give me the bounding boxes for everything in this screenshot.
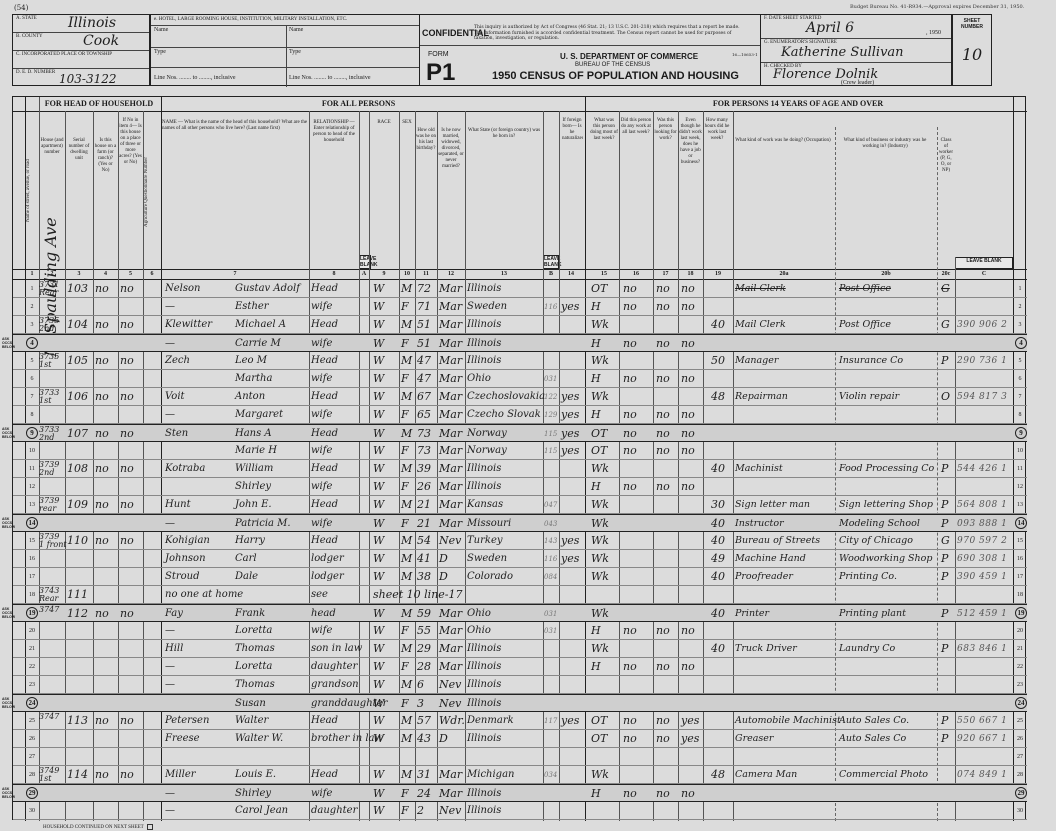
birthplace: Denmark (467, 712, 514, 730)
apartment: 1st (39, 397, 51, 405)
code-c: 093 888 1 (957, 515, 1007, 533)
table-row: 25253747113nonoPetersenWalterHeadWM57Wdr… (13, 712, 1027, 730)
col-num-6: 6 (143, 271, 161, 277)
age: 28 (417, 658, 431, 676)
birthplace: Illinois (467, 280, 501, 298)
line-number: 25 (25, 712, 39, 730)
relationship: Head (311, 280, 338, 298)
birthplace: Czecho Slovak (467, 406, 541, 424)
first-name: Carl (235, 550, 257, 568)
occupation: Camera Man (735, 766, 797, 784)
col-num-3: 3 (65, 271, 93, 277)
acres-answer: no (120, 460, 134, 478)
industry: Insurance Co (839, 352, 903, 370)
race: W (373, 568, 384, 586)
section-head-of-household: FOR HEAD OF HOUSEHOLD (37, 99, 161, 108)
industry: City of Chicago (839, 532, 913, 550)
code-b: 117 (544, 712, 557, 730)
age: 39 (417, 460, 431, 478)
apartment: 1 front (39, 541, 67, 549)
col-9-header: RACE (369, 119, 399, 267)
has-job: no (681, 406, 695, 424)
marital-status: Mar (439, 515, 462, 533)
county-label: b. COUNTY (16, 34, 43, 39)
marital-status: Wdr. (439, 712, 465, 730)
col-20c-header: Class of worker (P, G, O, or NP) (937, 137, 955, 267)
race: W (373, 280, 384, 298)
worked: no (623, 406, 637, 424)
relationship: wife (311, 622, 332, 640)
table-row: 13133739rear109nonoHuntJohn E.HeadWM21Ma… (13, 496, 1027, 514)
race: W (373, 712, 384, 730)
census-sheet: (54) Budget Bureau No. 41-R934.—Approval… (0, 0, 1056, 831)
activity: OT (591, 712, 607, 730)
date-row: f. DATE SHEET STARTED April 6 , 1950 (761, 15, 951, 39)
crew-leader-label: (Crew leader) (841, 80, 874, 87)
age: 21 (417, 515, 431, 533)
relationship: Head (311, 352, 338, 370)
industry: Laundry Co (839, 640, 895, 658)
industry: Post Office (839, 280, 891, 298)
naturalized: yes (561, 388, 579, 406)
birthplace: Norway (467, 442, 507, 460)
has-job: no (681, 478, 695, 496)
last-name: Freese (165, 730, 200, 748)
occupation: Manager (735, 352, 778, 370)
first-name: Anton (235, 388, 265, 406)
serial-number: 110 (67, 532, 88, 550)
line-number: 28 (25, 766, 39, 784)
location-block: a. STATE Illinois b. COUNTY Cook c. INCO… (12, 14, 150, 86)
race: W (373, 388, 384, 406)
birthplace: Illinois (467, 316, 501, 334)
line-number-right: 16 (1013, 550, 1027, 568)
col-num-16: 16 (619, 271, 653, 277)
serial-number: 109 (67, 496, 88, 514)
age: 71 (417, 298, 431, 316)
farm-answer: no (95, 496, 109, 514)
age: 29 (417, 640, 431, 658)
age: 55 (417, 622, 431, 640)
activity: H (591, 785, 601, 803)
budget-note: Budget Bureau No. 41-R934.—Approval expi… (850, 4, 1024, 10)
marital-status: D (439, 550, 448, 568)
line-number: 27 (25, 748, 39, 766)
col-num-15: 15 (589, 271, 619, 277)
code-c: 690 308 1 (957, 550, 1007, 568)
sex: M (401, 676, 412, 694)
section-all-persons: FOR ALL PERSONS (161, 99, 556, 108)
activity: Wk (591, 550, 609, 568)
line-number-right: 22 (1013, 658, 1027, 676)
activity: OT (591, 280, 607, 298)
serial-number: 107 (67, 425, 88, 443)
department: U. S. DEPARTMENT OF COMMERCE (560, 52, 698, 61)
serial-number: 103 (67, 280, 88, 298)
relationship: Head (311, 388, 338, 406)
line-number-right: 23 (1013, 676, 1027, 694)
occupation: Machine Hand (735, 550, 806, 568)
institution-title: e. HOTEL, LARGE ROOMING HOUSE, INSTITUTI… (154, 17, 347, 22)
birthplace: Kansas (467, 496, 503, 514)
line-number-right: 27 (1013, 748, 1027, 766)
marital-status: Nev (439, 695, 461, 713)
code-b: 115 (544, 425, 557, 443)
relationship: Head (311, 712, 338, 730)
class-of-worker: P (941, 568, 948, 586)
last-name: Voit (165, 388, 185, 406)
col-16-header: Did this person do any work at all last … (619, 117, 653, 267)
census-title: 1950 CENSUS OF POPULATION AND HOUSING (492, 70, 739, 82)
date-value: April 6 (806, 20, 854, 36)
sheet-number: 10 (953, 45, 991, 64)
activity: H (591, 622, 601, 640)
birthplace: Illinois (467, 658, 501, 676)
line-number-right: 8 (1013, 406, 1027, 424)
acres-answer: no (120, 316, 134, 334)
sex: M (401, 316, 412, 334)
birthplace: Illinois (467, 352, 501, 370)
naturalized: yes (561, 712, 579, 730)
relationship: wife (311, 478, 332, 496)
code-b: 047 (544, 496, 557, 514)
first-name: Leo M (235, 352, 267, 370)
relationship: grandson (311, 676, 359, 694)
age: 54 (417, 532, 431, 550)
line-nos-2: Line Nos. ........ to ........, inclusiv… (289, 75, 371, 82)
looking-for-work: no (656, 730, 670, 748)
class-of-worker: P (941, 515, 948, 533)
form-code: 16—10653-1 (732, 52, 758, 57)
hours: 48 (711, 388, 725, 406)
activity: Wk (591, 766, 609, 784)
table-row: 113731Rear103nonoNelsonGustav AdolfHeadW… (13, 280, 1027, 298)
race: sheet 10 line-17 (373, 586, 463, 604)
class-of-worker: P (941, 352, 948, 370)
sheet-number-block: SHEET NUMBER 10 (952, 14, 992, 86)
table-row: 2121HillThomasson in lawWM29MarIllinoisW… (13, 640, 1027, 658)
sample-line-number: 14 (26, 517, 38, 529)
date-year: , 1950 (926, 30, 941, 37)
table-row: 24ASK OCCS. BELOW24SusangranddaughterWF3… (13, 694, 1027, 712)
hours: 40 (711, 460, 725, 478)
col-num-7: 7 (161, 271, 309, 277)
apartment: Rear (39, 595, 58, 603)
county-value: Cook (83, 33, 119, 49)
first-name: Loretta (235, 658, 272, 676)
table-row: 1717StroudDalelodgerWM38DColorado084Wk40… (13, 568, 1027, 586)
worked: no (623, 370, 637, 388)
table-row: 66MarthawifeWF47MarOhio031Hnonono (13, 370, 1027, 388)
first-name: Michael A (235, 316, 286, 334)
race: W (373, 316, 384, 334)
looking-for-work: no (656, 298, 670, 316)
sample-line-number-right: 24 (1015, 697, 1027, 709)
last-name: Stroud (165, 568, 200, 586)
code-c: 970 597 2 (957, 532, 1007, 550)
occupation: Mail Clerk (735, 280, 786, 298)
line-number: 22 (25, 658, 39, 676)
activity: Wk (591, 568, 609, 586)
class-of-worker: G (941, 280, 950, 298)
race: W (373, 352, 384, 370)
birthplace: Ohio (467, 370, 491, 388)
acres-answer: no (120, 766, 134, 784)
table-row: 18183743Rear111no one at homeseesheet 10… (13, 586, 1027, 604)
worked: no (623, 622, 637, 640)
activity: Wk (591, 496, 609, 514)
race: W (373, 802, 384, 820)
table-row: 3337352nd104nonoKlewitterMichael AHeadWM… (13, 316, 1027, 334)
sex: M (401, 640, 412, 658)
birthplace: Illinois (467, 478, 501, 496)
code-c: 544 426 1 (957, 460, 1007, 478)
birthplace: Illinois (467, 802, 501, 820)
naturalized: yes (561, 532, 579, 550)
farm-answer: no (95, 605, 109, 623)
line-number: 11 (25, 460, 39, 478)
code-b: 031 (544, 605, 557, 623)
race: W (373, 766, 384, 784)
race: W (373, 335, 384, 353)
col-num-4: 4 (93, 271, 118, 277)
looking-for-work: no (656, 478, 670, 496)
activity: Wk (591, 460, 609, 478)
marital-status: Mar (439, 388, 462, 406)
sample-line-number-right: 9 (1015, 427, 1027, 439)
enumerator-block: f. DATE SHEET STARTED April 6 , 1950 g. … (760, 14, 952, 86)
sex: M (401, 712, 412, 730)
industry: Woodworking Shop (839, 550, 932, 568)
age: 51 (417, 335, 431, 353)
apartment: Rear (39, 289, 58, 297)
has-job: yes (681, 712, 699, 730)
sex: F (401, 658, 409, 676)
farm-answer: no (95, 280, 109, 298)
first-name: Patricia M. (235, 515, 291, 533)
last-name: — (165, 335, 175, 353)
marital-status: Mar (439, 335, 462, 353)
marital-status: Mar (439, 370, 462, 388)
page-code: (54) (14, 4, 28, 12)
birthplace: Illinois (467, 460, 501, 478)
form-number: P1 (426, 59, 455, 87)
section-14-and-over: FOR PERSONS 14 YEARS OF AGE AND OVER (593, 99, 1003, 108)
marital-status: Mar (439, 496, 462, 514)
birthplace: Ohio (467, 605, 491, 623)
acres-answer: no (120, 352, 134, 370)
first-name: Louis E. (235, 766, 276, 784)
code-b: 129 (544, 406, 557, 424)
occupation: Proofreader (735, 568, 793, 586)
sex: M (401, 496, 412, 514)
age: 38 (417, 568, 431, 586)
acres-answer: no (120, 712, 134, 730)
line-number: 3 (25, 316, 39, 334)
birthplace: Sweden (467, 550, 507, 568)
code-b: 116 (544, 550, 557, 568)
place-row: c. INCORPORATED PLACE OR TOWNSHIP (13, 51, 149, 69)
line-number: 26 (25, 730, 39, 748)
house-number: 3747 (39, 606, 59, 614)
table-row: 7737331st106nonoVoitAntonHeadWM67MarCzec… (13, 388, 1027, 406)
naturalized: yes (561, 442, 579, 460)
first-name: Carrie M (235, 335, 281, 353)
form-label: FORM (428, 51, 449, 58)
farm-answer: no (95, 388, 109, 406)
line-number-right: 28 (1013, 766, 1027, 784)
relationship: wife (311, 335, 332, 353)
age: 24 (417, 785, 431, 803)
line-number: 7 (25, 388, 39, 406)
naturalized: yes (561, 406, 579, 424)
household-continued: HOUSEHOLD CONTINUED ON NEXT SHEET (43, 824, 153, 830)
table-row: 1616JohnsonCarllodgerWM41DSweden116yesWk… (13, 550, 1027, 568)
hours: 40 (711, 515, 725, 533)
confidential-note: This inquiry is authorized by Act of Con… (474, 25, 744, 42)
col-20a-header: What kind of work was he doing? (Occupat… (733, 137, 833, 267)
col-19-header: How many hours did he work last week? (703, 117, 731, 267)
age: 43 (417, 730, 431, 748)
worked: no (623, 442, 637, 460)
occupation: Repairman (735, 388, 788, 406)
looking-for-work: no (656, 442, 670, 460)
worked: no (623, 478, 637, 496)
farm-answer: no (95, 766, 109, 784)
class-of-worker: P (941, 640, 948, 658)
race: W (373, 460, 384, 478)
race: W (373, 695, 384, 713)
col-num-13: 13 (465, 271, 543, 277)
activity: OT (591, 730, 607, 748)
activity: H (591, 406, 601, 424)
col-num-20b: 20b (835, 271, 937, 277)
table-row: 2020—LorettawifeWF55MarOhio031Hnonono (13, 622, 1027, 640)
household-continued-checkbox[interactable] (147, 824, 153, 830)
line-number-right: 25 (1013, 712, 1027, 730)
industry: Violin repair (839, 388, 899, 406)
code-b: 116 (544, 298, 557, 316)
race: W (373, 478, 384, 496)
first-name: Loretta (235, 622, 272, 640)
last-name: Miller (165, 766, 196, 784)
serial-number: 108 (67, 460, 88, 478)
race: W (373, 785, 384, 803)
line-number: 21 (25, 640, 39, 658)
col-15-header: What was this person doing most of last … (589, 117, 619, 267)
hours: 49 (711, 550, 725, 568)
looking-for-work: no (656, 622, 670, 640)
relationship: wife (311, 785, 332, 803)
house-number: 3747 (39, 713, 59, 721)
activity: Wk (591, 605, 609, 623)
farm-answer: no (95, 460, 109, 478)
col-num-20c: 20c (937, 271, 955, 277)
last-name: Nelson (165, 280, 200, 298)
last-name: Kotraba (165, 460, 205, 478)
col-14-header: If foreign born— Is he naturalized? (561, 117, 583, 267)
race: W (373, 496, 384, 514)
state-label: a. STATE (16, 16, 37, 21)
col-num-10: 10 (399, 271, 415, 277)
first-name: Walter W. (235, 730, 283, 748)
first-name: Frank (235, 605, 265, 623)
relationship: wife (311, 298, 332, 316)
line-number: 17 (25, 568, 39, 586)
birthplace: Illinois (467, 640, 501, 658)
marital-status: Mar (439, 785, 462, 803)
occupation: Truck Driver (735, 640, 797, 658)
sex: M (401, 730, 412, 748)
birthplace: Ohio (467, 622, 491, 640)
last-name: — (165, 406, 175, 424)
col-1-header: Name of street, avenue, or road (25, 113, 39, 269)
marital-status: Mar (439, 605, 462, 623)
industry: Auto Sales Co. (839, 712, 909, 730)
acres-answer: no (120, 425, 134, 443)
worked: no (623, 298, 637, 316)
has-job: yes (681, 730, 699, 748)
line-number-right: 1 (1013, 280, 1027, 298)
age: 6 (417, 676, 424, 694)
last-name: Petersen (165, 712, 209, 730)
col-7-header: NAME — What is the name of the head of t… (161, 119, 309, 267)
table-row: 3030—Carol JeandaughterWF2NevIllinois (13, 802, 1027, 820)
race: W (373, 658, 384, 676)
activity: Wk (591, 316, 609, 334)
sex: F (401, 515, 409, 533)
marital-status: Nev (439, 676, 461, 694)
acres-answer: no (120, 496, 134, 514)
farm-answer: no (95, 532, 109, 550)
line-number-right: 7 (1013, 388, 1027, 406)
sample-line-number: 29 (26, 787, 38, 799)
col-num-18: 18 (678, 271, 703, 277)
table-row: 1010Marie HwifeWF73MarNorway115yesOTnono… (13, 442, 1027, 460)
last-name: Hill (165, 640, 183, 658)
age: 26 (417, 478, 431, 496)
table-row: 5537351st105nonoZechLeo MHeadWM47MarIlli… (13, 352, 1027, 370)
birthplace: Czechoslovakia (467, 388, 545, 406)
age: 41 (417, 550, 431, 568)
marital-status: Nev (439, 532, 461, 550)
first-name: Hans A (235, 425, 272, 443)
race: W (373, 370, 384, 388)
line-number-right: 20 (1013, 622, 1027, 640)
age: 3 (417, 695, 424, 713)
naturalized: yes (561, 550, 579, 568)
occupation: Greaser (735, 730, 773, 748)
state-row: a. STATE Illinois (13, 15, 149, 33)
birthplace: Illinois (467, 335, 501, 353)
age: 51 (417, 316, 431, 334)
birthplace: Illinois (467, 730, 501, 748)
sample-line-number-right: 29 (1015, 787, 1027, 799)
hours: 40 (711, 605, 725, 623)
col-num-9: 9 (369, 271, 399, 277)
age: 72 (417, 280, 431, 298)
sex: F (401, 442, 409, 460)
sample-line-number: 19 (26, 607, 38, 619)
marital-status: Mar (439, 298, 462, 316)
first-name: Harry (235, 532, 265, 550)
county-row: b. COUNTY Cook (13, 33, 149, 51)
col-num-12: 12 (437, 271, 465, 277)
occupation: Bureau of Streets (735, 532, 820, 550)
hours: 30 (711, 496, 725, 514)
race: W (373, 442, 384, 460)
worked: no (623, 712, 637, 730)
